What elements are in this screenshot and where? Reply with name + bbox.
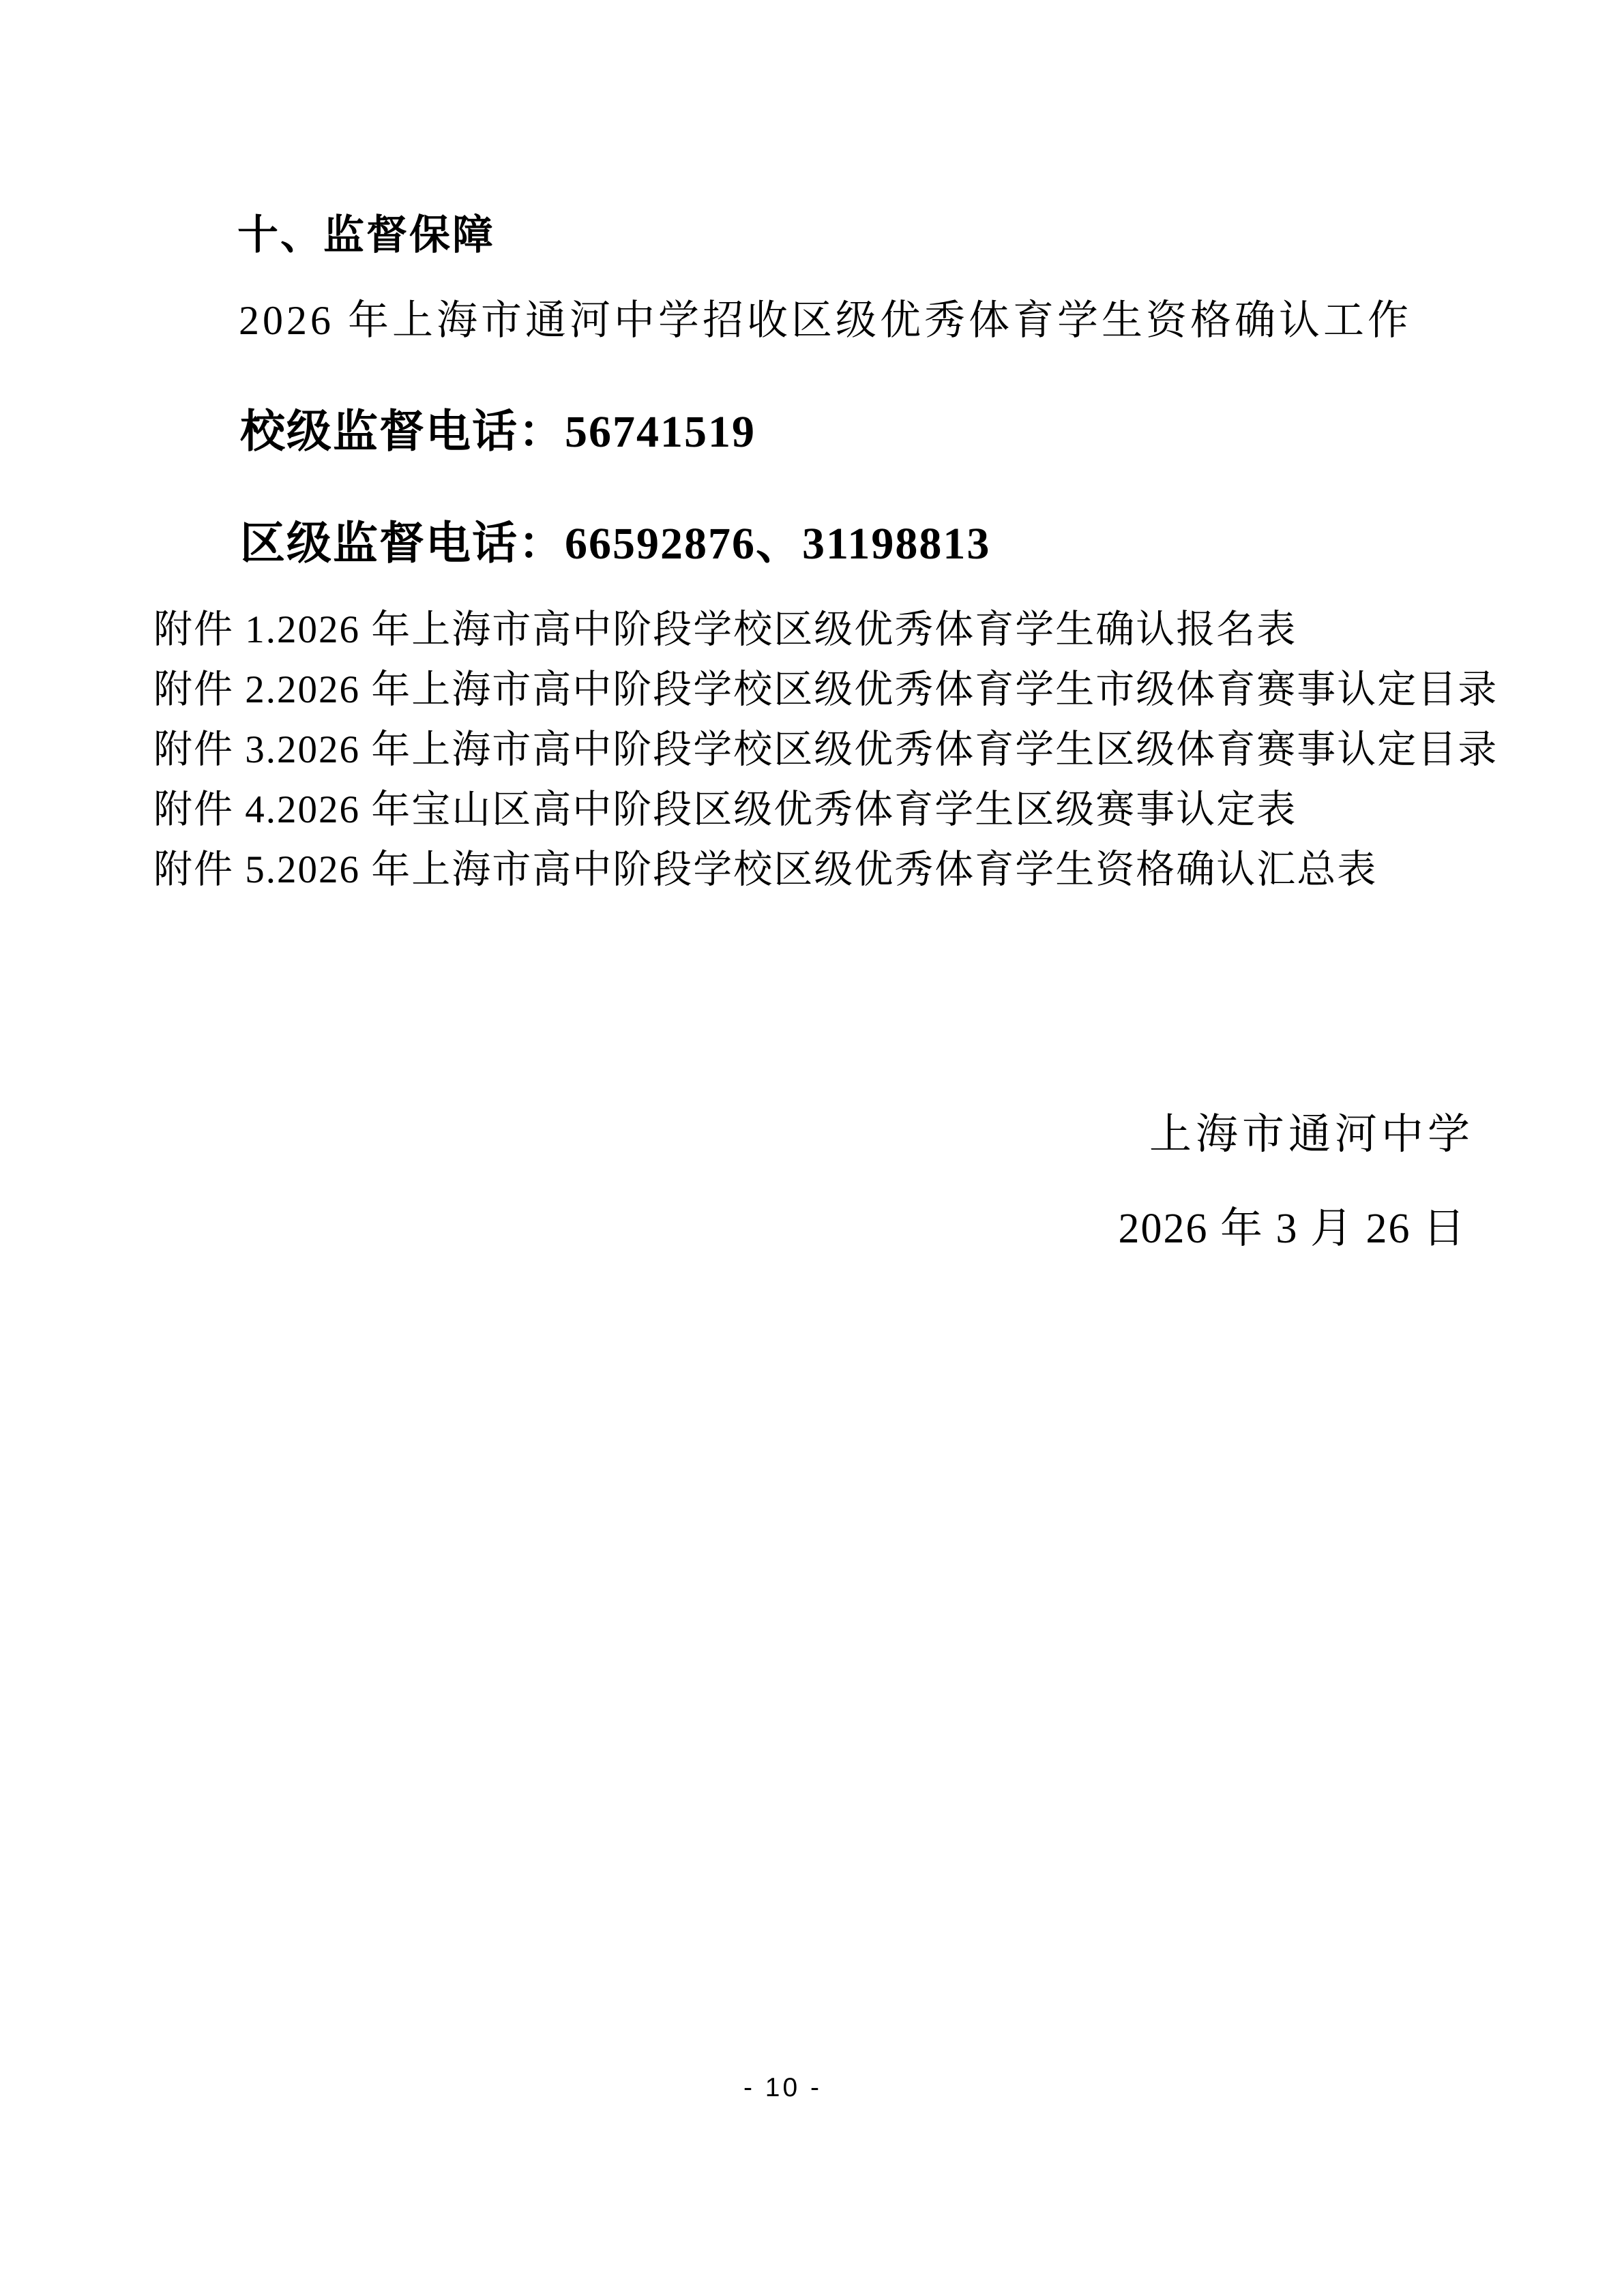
attachment-list: 附件 1.2026 年上海市高中阶段学校区级优秀体育学生确认报名表 附件 2.2…	[153, 600, 1498, 900]
section-heading: 十、监督保障	[237, 210, 495, 260]
document-page: 十、监督保障 2026 年上海市通河中学招收区级优秀体育学生资格确认工作 校级监…	[0, 0, 1624, 2296]
attachment-item-3: 附件 3.2026 年上海市高中阶段学校区级优秀体育学生区级体育赛事认定目录	[153, 720, 1498, 780]
signature-organization: 上海市通河中学	[1149, 1107, 1474, 1162]
intro-line: 2026 年上海市通河中学招收区级优秀体育学生资格确认工作	[239, 295, 1412, 346]
attachment-item-1: 附件 1.2026 年上海市高中阶段学校区级优秀体育学生确认报名表	[153, 600, 1498, 660]
signature-date: 2026 年 3 月 26 日	[1118, 1202, 1466, 1256]
attachment-item-5: 附件 5.2026 年上海市高中阶段学校区级优秀体育学生资格确认汇总表	[153, 840, 1498, 900]
page-number: - 10 -	[743, 2072, 822, 2104]
school-supervision-phone: 校级监督电话：56741519	[240, 404, 756, 461]
attachment-item-4: 附件 4.2026 年宝山区高中阶段区级优秀体育学生区级赛事认定表	[153, 780, 1498, 840]
district-supervision-phone: 区级监督电话：66592876、31198813	[240, 516, 990, 573]
attachment-item-2: 附件 2.2026 年上海市高中阶段学校区级优秀体育学生市级体育赛事认定目录	[153, 660, 1498, 720]
page-footer: - 10 -	[0, 2072, 1624, 2104]
